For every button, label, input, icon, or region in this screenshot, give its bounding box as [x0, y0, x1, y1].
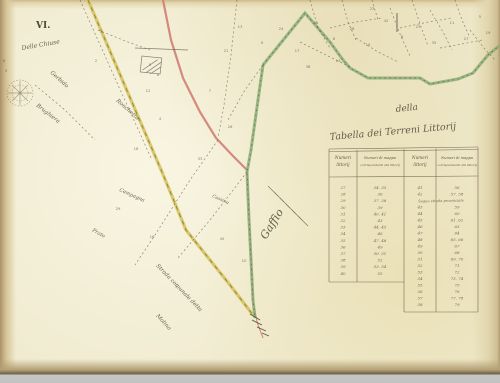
map-label: VI.	[35, 21, 50, 31]
round-seal-stamp	[7, 80, 33, 106]
table-cell: 45	[416, 218, 423, 223]
table-cell: 49	[376, 244, 383, 249]
table-cell: 40. 41	[373, 211, 387, 216]
table-cell: 52	[417, 263, 423, 268]
map-label: della	[395, 103, 418, 115]
table-header-col3-line1: Numeri	[411, 155, 429, 160]
table-header-col4-line2: corrispondenti alli littorij	[437, 163, 477, 167]
table-cell: 31	[340, 211, 345, 216]
parcel-number: 8	[157, 72, 160, 77]
table-cell: 36	[340, 244, 346, 249]
table-cell: 69. 70	[451, 257, 464, 262]
table-cell: 58	[417, 302, 423, 307]
parcel-number: 21	[224, 48, 229, 53]
map-label: Campagna	[118, 187, 145, 204]
table-cell: 32	[340, 218, 346, 223]
parcel-number: 6	[333, 36, 336, 41]
table-cell: 47	[416, 231, 423, 236]
table-cell: 28	[339, 192, 346, 197]
parcel-number: 35	[432, 40, 437, 45]
map-drawing: Numeri littorij Numeri di mappa corrispo…	[0, 0, 500, 383]
table-cell: 55	[377, 271, 383, 276]
parcel-number: 13	[238, 24, 243, 29]
parcel-number: 9	[261, 40, 264, 45]
parcel-number: 19	[486, 30, 491, 35]
parcel-number: 38	[306, 64, 311, 69]
parcel-number: 33	[198, 156, 203, 161]
table-cell: 43	[416, 205, 423, 210]
parcel-number: 27	[464, 36, 469, 41]
parcel-number: 12	[146, 88, 151, 93]
table-header: Numeri littorij Numeri di mappa corrispo…	[334, 155, 477, 167]
table-cell: 46	[416, 224, 423, 229]
table-cell: 64	[454, 231, 460, 236]
table-cell: 49	[416, 244, 423, 249]
parcel-number: 10	[242, 258, 247, 263]
table-cell: 47. 48	[373, 238, 387, 243]
parcel-number: 18	[134, 146, 139, 151]
map-label: Delle Chiuse	[20, 38, 61, 52]
table-cell: 44	[416, 211, 423, 216]
parcel-number: 17	[295, 48, 300, 53]
map-label: Molino	[154, 313, 173, 333]
table-cell: 68	[454, 250, 460, 255]
scanned-cadastral-map-sheet: Numeri littorij Numeri di mappa corrispo…	[0, 0, 500, 383]
table-cell: 77. 78	[451, 296, 464, 301]
table-header-col1-line2: littorij	[336, 162, 350, 167]
table-cell: 39	[377, 205, 383, 210]
table-cell: 54	[417, 276, 423, 281]
parcel-number: 4	[159, 116, 162, 121]
table-cell: 33	[340, 225, 346, 230]
map-label: Tabella dei Terreni Littorij	[329, 121, 456, 143]
table-cell: 53	[417, 270, 423, 275]
parcel-number: 5	[479, 14, 482, 19]
parcel-number: 2	[95, 58, 98, 63]
table-cell: 46	[376, 231, 383, 236]
table-cell: 43	[376, 218, 383, 223]
table-cell: 48	[416, 237, 423, 242]
table-cell: 27	[339, 185, 346, 190]
table-cell: 37. 38	[374, 198, 387, 203]
parcel-number: 31	[314, 20, 319, 25]
map-label: Cassina	[211, 193, 230, 206]
map-label: Gerbido	[49, 70, 70, 90]
table-cell: 38	[340, 258, 346, 263]
table-cell: 29	[339, 198, 346, 203]
table-cell: 42	[416, 192, 423, 197]
table-cell: 36	[377, 192, 383, 197]
table-cell: 40	[339, 271, 346, 276]
parcel-number: 14	[336, 58, 341, 63]
parcel-number: 5	[149, 62, 152, 67]
parcel-number: 11	[450, 20, 455, 25]
parcel-number: 8	[401, 34, 404, 39]
parcel-number: 24	[279, 26, 284, 31]
table-header-col3-line2: littorij	[413, 162, 427, 167]
table-cell: 44. 45	[373, 225, 387, 230]
parcel-number: 29	[116, 206, 121, 211]
table-cell: 55	[417, 283, 423, 288]
parcel-number: 16	[150, 234, 155, 239]
table-cell: 79	[454, 302, 460, 307]
parcel-number: 23	[370, 6, 375, 11]
table-cell: 72	[454, 270, 460, 275]
table-rows: 2734. 3528362937. 3830393140. 4132433344…	[339, 185, 463, 307]
map-label: Brughiera	[34, 102, 61, 125]
table-cell: 61. 62	[451, 218, 464, 223]
table-header-col2-line2: corrispondenti alli littorij	[360, 163, 400, 167]
table-cell: 41	[416, 185, 422, 190]
parcel-number: 23	[416, 24, 421, 29]
parcel-number: 26	[228, 124, 233, 129]
table-cell: 50	[417, 250, 423, 255]
table-header-col4-line1: Numeri di mappa	[440, 156, 473, 160]
table-section-heading: Segue strada provinciale	[418, 199, 464, 204]
table-cell: 50. 51	[374, 251, 387, 256]
table-cell: 67	[454, 244, 460, 249]
table-cell: 52	[377, 258, 383, 263]
table-header-col2-line1: Numeri di mappa	[363, 156, 396, 160]
table-cell: 63	[454, 224, 460, 229]
table-cell: 56	[417, 289, 423, 294]
table-cell: 57. 58	[451, 192, 464, 197]
table-cell: 35	[340, 238, 346, 243]
table-cell: 76	[454, 289, 460, 294]
table-cell: 51	[417, 257, 422, 262]
table-cell: 57	[417, 296, 423, 301]
table-cell: 75	[454, 283, 460, 288]
parcel-number: 6	[3, 58, 6, 63]
field-boundary-line	[135, 48, 188, 50]
parcel-number: 28	[350, 26, 355, 31]
table-cell: 65. 66	[451, 237, 464, 242]
table-cell: 53. 54	[374, 264, 387, 269]
table-cell: 73. 74	[451, 276, 464, 281]
parcel-number: 42	[384, 18, 389, 23]
map-label: Prato	[90, 227, 106, 240]
table-cell: 59	[454, 205, 460, 210]
table-cell: 71	[454, 263, 459, 268]
road-junction-ticks	[250, 314, 269, 336]
table-cell: 34. 35	[374, 185, 387, 190]
map-label: Gaffio	[258, 206, 287, 241]
map-label: Strada comunale detta	[155, 263, 204, 313]
table-cell: 37	[340, 251, 346, 256]
parcel-number: 45	[220, 236, 225, 241]
table-cell: 56	[454, 185, 460, 190]
table-cell: 39	[340, 264, 346, 269]
table-cell: 34	[340, 231, 346, 236]
parcel-number: 7	[209, 88, 212, 93]
table-header-col1-line1: Numeri	[334, 155, 352, 160]
table-cell: 30	[340, 205, 346, 210]
parcel-number: 15	[366, 42, 371, 47]
parcel-number: 3	[5, 68, 8, 73]
table-cell: 60	[454, 211, 460, 216]
